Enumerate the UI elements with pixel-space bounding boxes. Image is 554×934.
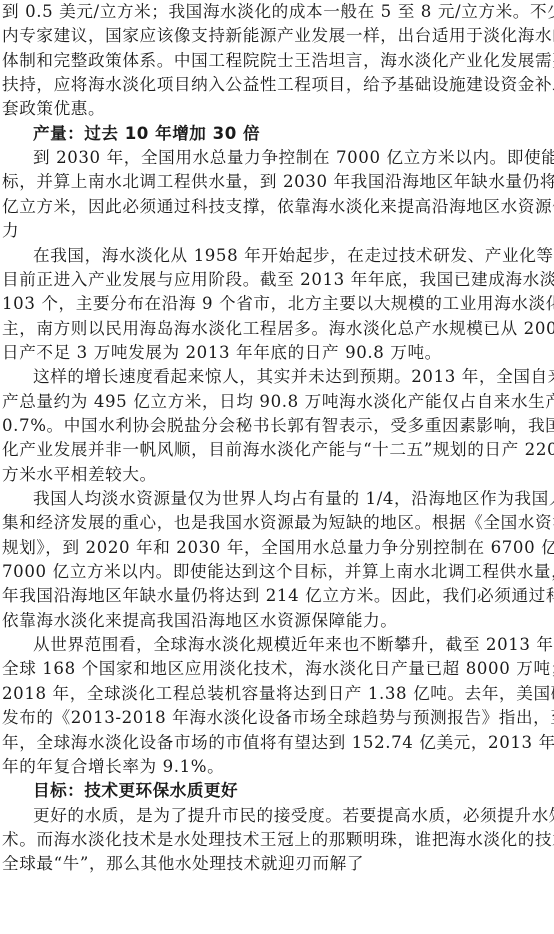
- text-line: 到 2030 年，全国用水总量力争控制在 7000 亿立方米以内。即使能达到该目: [33, 146, 554, 170]
- text-line: 规划》，到 2020 年和 2030 年，全国用水总量力争分别控制在 6700 …: [2, 536, 554, 560]
- text-line: 年我国沿海地区年缺水量仍将达到 214 亿立方米。因此，我们必须通过科技支撑，: [2, 584, 554, 608]
- text-line: 依靠海水淡化来提高我国沿海地区水资源保障能力。: [2, 609, 554, 633]
- text-line: 目前正进入产业发展与应用阶段。截至 2013 年年底，我国已建成海水淡化工程: [2, 268, 554, 292]
- text-line: 主，南方则以民用海岛海水淡化工程居多。海水淡化总产水规模已从 2003 年的: [2, 317, 554, 341]
- text-line: 从世界范围看，全球海水淡化规模近年来也不断攀升，截至 2013 年 8 月，: [33, 633, 554, 657]
- text-line: 到 0.5 美元/立方米；我国海水淡化的成本一般在 5 至 8 元/立方米。不少…: [2, 0, 554, 24]
- text-line: 产总量约为 495 亿立方米，日均 90.8 万吨海水淡化产能仅占自来水生产总量…: [2, 390, 554, 414]
- text-line: 日产不足 3 万吨发展为 2013 年年底的日产 90.8 万吨。: [2, 341, 554, 365]
- heading-text: 目标：技术更环保水质更好: [33, 779, 554, 803]
- text-line: 更好的水质，是为了提升市民的接受度。若要提高水质，必须提升水处理技: [33, 804, 554, 828]
- text-line: 年的年复合增长率为 9.1%。: [2, 755, 554, 779]
- text-line: 集和经济发展的重心，也是我国水资源最为短缺的地区。根据《全国水资源综合: [2, 511, 554, 535]
- text-line: 内专家建议，国家应该像支持新能源产业发展一样，出台适用于淡化海水的补贴: [2, 24, 554, 48]
- text-line: 发布的《2013-2018 年海水淡化设备市场全球趋势与预测报告》指出，至 20…: [2, 706, 554, 730]
- text-line: 103 个，主要分布在沿海 9 个省市，北方主要以大规模的工业用海水淡化工程为: [2, 292, 554, 316]
- text-line: 标，并算上南水北调工程供水量，到 2030 年我国沿海地区年缺水量仍将达到 21…: [2, 170, 554, 194]
- text-line: 0.7%。中国水利协会脱盐分会秘书长郭有智表示，受多重因素影响，我国海水淡: [2, 414, 554, 438]
- text-line: 力: [2, 219, 554, 243]
- text-line: 术。而海水淡化技术是水处理技术王冠上的那颗明珠，谁把海水淡化的技术做到: [2, 828, 554, 852]
- text-line: 全球 168 个国家和地区应用淡化技术，海水淡化日产量已超 8000 万吨；预计…: [2, 657, 554, 681]
- text-line: 2018 年，全球淡化工程总装机容量将达到日产 1.38 亿吨。去年，美国研究机…: [2, 682, 554, 706]
- text-line: 7000 亿立方米以内。即使能达到这个目标，并算上南水北调工程供水量，到 203…: [2, 560, 554, 584]
- heading-text: 产量：过去 10 年增加 30 倍: [33, 122, 554, 146]
- text-line: 体制和完整政策体系。中国工程院院士王浩坦言，海水淡化产业化发展需要政府: [2, 49, 554, 73]
- text-line: 亿立方米，因此必须通过科技支撑，依靠海水淡化来提高沿海地区水资源保障能: [2, 195, 554, 219]
- text-line: 这样的增长速度看起来惊人，其实并未达到预期。2013 年，全国自来水生: [33, 365, 554, 389]
- text-line: 方米水平相差较大。: [2, 463, 554, 487]
- text-line: 全球最“牛”，那么其他水处理技术就迎刃而解了: [2, 852, 554, 876]
- text-line: 我国人均淡水资源量仅为世界人均占有量的 1/4，沿海地区作为我国人口聚: [33, 487, 554, 511]
- text-line: 化产业发展并非一帆风顺，目前海水淡化产能与“十二五”规划的日产 220 万立: [2, 438, 554, 462]
- text-line: 套政策优惠。: [2, 97, 554, 121]
- text-line: 在我国，海水淡化从 1958 年开始起步，在走过技术研发、产业化等阶段后，: [33, 244, 554, 268]
- document-page: 到 0.5 美元/立方米；我国海水淡化的成本一般在 5 至 8 元/立方米。不少…: [0, 0, 554, 934]
- text-line: 年，全球海水淡化设备市场的市值将有望达到 152.74 亿美元，2013 年至 …: [2, 731, 554, 755]
- text-line: 扶持，应将海水淡化项目纳入公益性工程项目，给予基础设施建设资金补助和配: [2, 73, 554, 97]
